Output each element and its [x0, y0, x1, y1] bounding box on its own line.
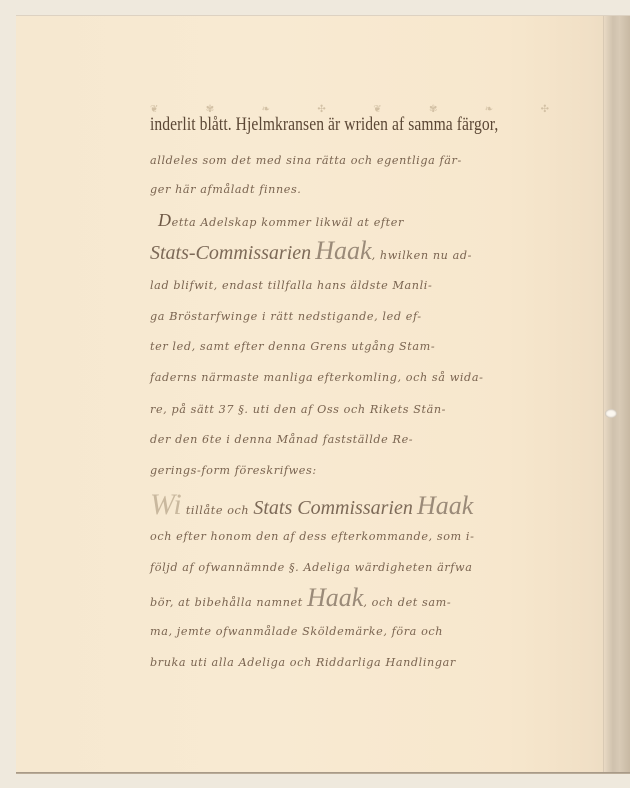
text-line: följd af ofwannämnde §. Adeliga wärdighe…: [150, 561, 472, 574]
text-line: ter led, samt efter denna Grens utgång S…: [150, 340, 435, 353]
ornament-icon: ✣: [541, 104, 550, 118]
text-line: och efter honom den af dess efterkommand…: [150, 530, 474, 543]
text-line: faderns närmaste manliga efterkomling, o…: [150, 371, 483, 384]
name-haak: Haak: [315, 236, 371, 265]
text-line: ger här afmåladt finnes.: [150, 183, 301, 196]
paper-hole: [605, 409, 617, 418]
text-line: der den 6te i denna Månad fastställde Re…: [150, 433, 413, 446]
name-haak: Haak: [307, 583, 363, 612]
text-line: bruka uti alla Adeliga och Riddarliga Ha…: [150, 656, 456, 669]
page-fold-shadow: [604, 16, 630, 772]
text-line: ga Bröstarfwinge i rätt nedstigande, led…: [150, 310, 422, 323]
line-text: tillåte och: [182, 504, 254, 517]
line-text: bör, at bibehålla namnet: [150, 596, 307, 609]
drop-cap: D: [158, 210, 172, 230]
line-text: etta Adelskap kommer likwäl at efter: [172, 216, 404, 229]
text-line: inderlit blått. Hjelmkransen är wriden a…: [150, 114, 498, 136]
text-line: bör, at bibehålla namnet Haak, och det s…: [150, 583, 451, 613]
text-line: lad blifwit, endast tillfalla hans äldst…: [150, 279, 432, 292]
text-line: ma, jemte ofwanmålade Sköldemärke, föra …: [150, 625, 443, 638]
text-line: alldeles som det med sina rätta och egen…: [150, 154, 462, 167]
line-text: , och det sam-: [363, 596, 451, 609]
text-line: gerings-form föreskrifwes:: [150, 464, 317, 477]
text-line: Stats-Commissarien Haak, hwilken nu ad-: [150, 236, 472, 266]
line-text: , hwilken nu ad-: [372, 249, 472, 262]
text-line: Wi tillåte och Stats Commissarien Haak: [150, 488, 473, 522]
text-line: re, på sätt 37 §. uti den af Oss och Rik…: [150, 403, 446, 416]
name-haak: Haak: [417, 491, 473, 520]
decorated-initial: Wi: [150, 488, 182, 521]
title-stats-commissarien: Stats-Commissarien: [150, 242, 311, 264]
title-stats-commissarien: Stats Commissarien: [253, 497, 412, 519]
text-line: Detta Adelskap kommer likwäl at efter: [158, 210, 404, 231]
